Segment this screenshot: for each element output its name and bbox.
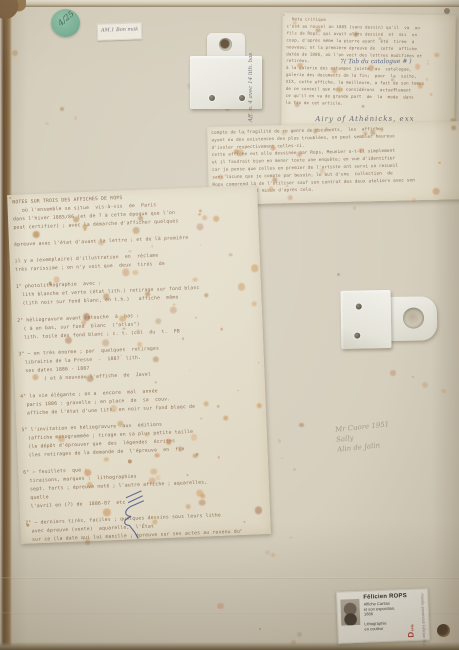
foxing-spot [337, 273, 341, 277]
vertical-handwritten-annotation: Aff. n. 4 avec 14 lith. bas [248, 18, 262, 128]
small-label-text: AM.1 Bon mak [101, 26, 141, 33]
foxing-spot [265, 550, 270, 555]
sticker-ink-number: 4/25 [56, 9, 76, 27]
red-logo-letter: D [406, 631, 415, 638]
board-top-edge [0, 0, 459, 7]
screw-hole [437, 624, 450, 637]
blue-ink-scribble [111, 488, 155, 542]
green-round-sticker: 4/25 [51, 9, 80, 37]
hanger-body [341, 290, 392, 349]
pencil-inscription: Mr Cuore 1951SallyAlin de Jalin [335, 419, 392, 455]
foxing-spot [293, 468, 296, 471]
vertical-annotation-text: Aff. n. 4 avec 14 lith. bas [248, 108, 254, 122]
foxing-spot [12, 50, 18, 56]
small-white-label: AM.1 Bon mak [97, 22, 143, 41]
foxing-spot [45, 122, 48, 125]
board-bottom-edge [0, 642, 459, 650]
red-logo-small-text: exia [410, 624, 414, 631]
foxing-spot [60, 107, 64, 111]
foxing-spot [412, 376, 414, 378]
foxing-spot [353, 206, 357, 210]
rops-portrait-photo [340, 599, 360, 626]
photo-of-artwork-verso: 4/25 AM.1 Bon mak Aff. n. 4 avec 14 lith… [0, 0, 459, 650]
screw [356, 303, 362, 309]
label-text-column: Félicien ROPS Affiche Caritaset son expo… [363, 592, 426, 638]
label-vertical-text-content: musée provincial Félicien Rops · Namur [420, 593, 425, 601]
label-vertical-text: musée provincial Félicien Rops · Namur [417, 593, 427, 637]
tack-hole [444, 8, 450, 14]
wall-hanger-right [340, 287, 439, 351]
typed-note-large: NOTES SUR TROIS DES AFFICHES DE ROPS où … [7, 185, 271, 544]
foxing-spot [390, 370, 396, 376]
foxing-spot [441, 389, 445, 393]
foxing-spot [422, 382, 428, 388]
handwritten-insert: 7( Tab du catalogue # ) [340, 58, 411, 65]
foxing-spot [217, 603, 224, 610]
typed-note-top-right: Nota critiquec'est au nouvel an 1885 (sa… [281, 13, 456, 132]
foxing-spot [287, 195, 292, 200]
label-caption-lines: Affiche Caritaset son exposition,1886 Li… [363, 600, 425, 632]
foxing-spot [259, 628, 261, 630]
screw [209, 95, 215, 101]
foxing-spot [74, 116, 78, 120]
foxing-spot [297, 632, 302, 637]
frame-corner-fragment [0, 0, 26, 30]
screw [354, 333, 360, 339]
hanger-hole-with-screw [219, 38, 232, 51]
label-title: Félicien ROPS [363, 592, 424, 600]
museum-label: Félicien ROPS Affiche Caritaset son expo… [336, 588, 430, 643]
foxing-spot [290, 537, 292, 539]
foxing-spot [278, 439, 282, 443]
screw [239, 95, 245, 101]
foxing-spot [281, 458, 282, 459]
board-torn-left-edge [0, 0, 12, 650]
foxing-spot [299, 423, 303, 427]
red-logo: Dexia [406, 624, 415, 637]
text-line: la fin de cet article. [286, 99, 451, 108]
foxing-spot [271, 553, 275, 557]
